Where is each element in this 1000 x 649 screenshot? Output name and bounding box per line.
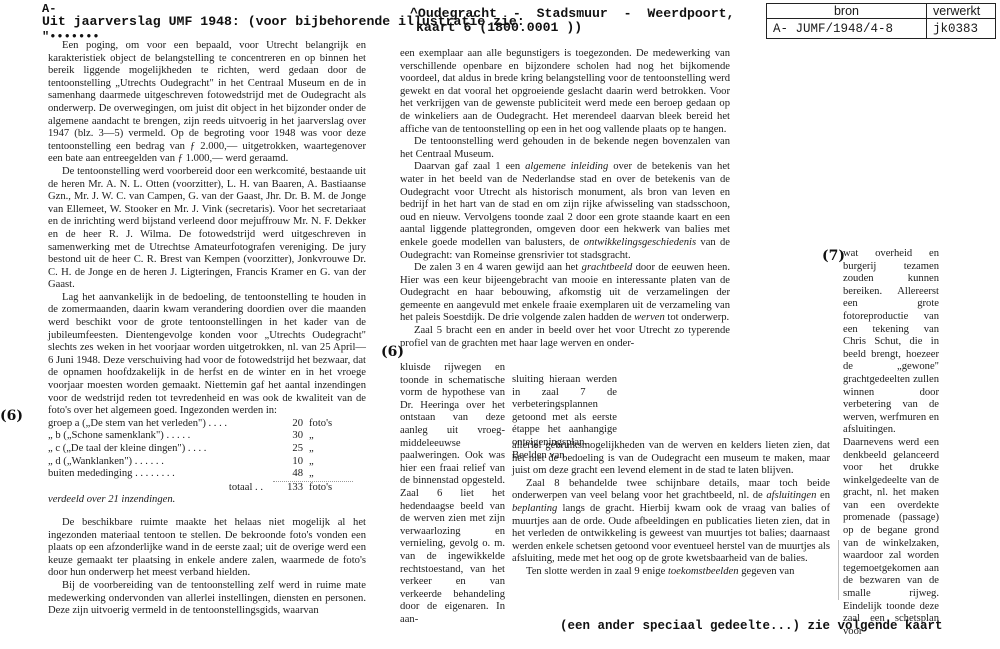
tally-label: groep a („De stem van het verleden") . .… [48, 418, 263, 431]
text-run: De zalen 3 en 4 waren gewijd aan het [414, 262, 582, 273]
middle-column: een exemplaar aan alle begunstigers is t… [400, 48, 730, 350]
text-run: over de betekenis van het water in het b… [400, 161, 730, 248]
emphasis: ontwikkelingsgeschiedenis [584, 237, 696, 248]
paragraph: kluisde rijwegen en toonde in schematisc… [400, 362, 505, 626]
paragraph: Een poging, om voor een bepaald, voor Ut… [48, 40, 366, 166]
handwritten-mark-6: (6) [0, 408, 23, 424]
paragraph: De beschikbare ruimte maakte het helaas … [48, 517, 366, 580]
emphasis: algemene inleiding [525, 161, 608, 172]
tally-row: „ b („Schone samenklank") . . . . . 30 „ [48, 430, 366, 443]
tally-total-unit: foto's [309, 482, 349, 495]
tally-label: buiten mededinging . . . . . . . . [48, 468, 263, 481]
emphasis: afsluitingen [766, 490, 816, 501]
tally-unit: „ [309, 456, 349, 469]
handwritten-mark-7: (7) [822, 248, 845, 264]
tally-total-count: 133 [263, 482, 309, 495]
paragraph: allerlei gebruiksmogelijkheden van de we… [512, 440, 830, 478]
paragraph: De tentoonstelling werd gehouden in de b… [400, 136, 730, 161]
source-value-bron: A- JUMF/1948/4-8 [767, 19, 927, 39]
source-header-bron: bron [767, 4, 927, 19]
source-table: bron verwerkt A- JUMF/1948/4-8 jk0383 [766, 3, 996, 39]
tally-unit: „ [309, 443, 349, 456]
tally-count: 48 [263, 468, 309, 481]
illustration-reference-line1: ^Oudegracht - Stadsmuur - Weerdpoort, [410, 6, 734, 21]
text-run: langs de gracht. Hierbij kwam ook de vra… [512, 503, 830, 564]
tally-row: „ d („Wanklanken") . . . . . . 10 „ [48, 456, 366, 469]
paragraph: De tentoonstelling werd voorbereid door … [48, 166, 366, 292]
footer-note: (een ander speciaal gedeelte...) zie vol… [560, 619, 943, 633]
emphasis: werven [634, 312, 665, 323]
text-run: tot onderwerp. [665, 312, 729, 323]
tally-total-label: totaal . . [48, 482, 263, 495]
source-header-verwerkt: verwerkt [927, 4, 996, 19]
tally-row: „ c („De taal der kleine dingen") . . . … [48, 443, 366, 456]
middle-lower-block: allerlei gebruiksmogelijkheden van de we… [512, 440, 830, 579]
tally-count: 10 [263, 456, 309, 469]
text-run: gegeven van [739, 566, 795, 577]
paragraph: De zalen 3 en 4 waren gewijd aan het gra… [400, 262, 730, 325]
tally-count: 20 [263, 418, 309, 431]
middle-subcolumn-1: kluisde rijwegen en toonde in schematisc… [400, 362, 505, 626]
tally-row: buiten mededinging . . . . . . . . 48 „ [48, 468, 366, 481]
right-column: wat overheid en burgerij tezamen zouden … [843, 248, 939, 638]
emphasis: beplanting [512, 503, 557, 514]
tally-count: 25 [263, 443, 309, 456]
column-divider [838, 540, 839, 600]
submission-tally: groep a („De stem van het verleden") . .… [48, 418, 366, 495]
tally-total-row: totaal . . 133 foto's [48, 482, 366, 495]
text-run: Daarvan gaf zaal 1 een [414, 161, 525, 172]
paragraph: Zaal 8 behandelde twee schijnbare detail… [512, 478, 830, 566]
paragraph: wat overheid en burgerij tezamen zouden … [843, 248, 939, 638]
emphasis: grachtbeeld [582, 262, 633, 273]
text-run: en [816, 490, 830, 501]
paragraph: een exemplaar aan alle begunstigers is t… [400, 48, 730, 136]
tally-unit: „ [309, 468, 349, 481]
tally-unit: foto's [309, 418, 349, 431]
tally-label: „ c („De taal der kleine dingen") . . . … [48, 443, 263, 456]
illustration-reference-line2: kaart 6 (1800.0001 )) [416, 20, 582, 35]
text-run: Ten slotte werden in zaal 9 enige [526, 566, 668, 577]
paragraph: Daarvan gaf zaal 1 een algemene inleidin… [400, 161, 730, 262]
source-value-verwerkt: jk0383 [927, 19, 996, 39]
tally-count: 30 [263, 430, 309, 443]
tally-note: verdeeld over 21 inzendingen. [48, 494, 366, 507]
tally-label: „ b („Schone samenklank") . . . . . [48, 430, 263, 443]
paragraph: Bij de voorbereiding van de tentoonstell… [48, 580, 366, 618]
paragraph: Ten slotte werden in zaal 9 enige toekom… [512, 566, 830, 579]
tally-unit: „ [309, 430, 349, 443]
tally-row: groep a („De stem van het verleden") . .… [48, 418, 366, 431]
emphasis: toekomstbeelden [668, 566, 739, 577]
paragraph: Lag het aanvankelijk in de bedoeling, de… [48, 292, 366, 418]
tally-label: „ d („Wanklanken") . . . . . . [48, 456, 263, 469]
paragraph: Zaal 5 bracht een en ander in beeld over… [400, 325, 730, 350]
left-column: Een poging, om voor een bepaald, voor Ut… [48, 40, 366, 618]
